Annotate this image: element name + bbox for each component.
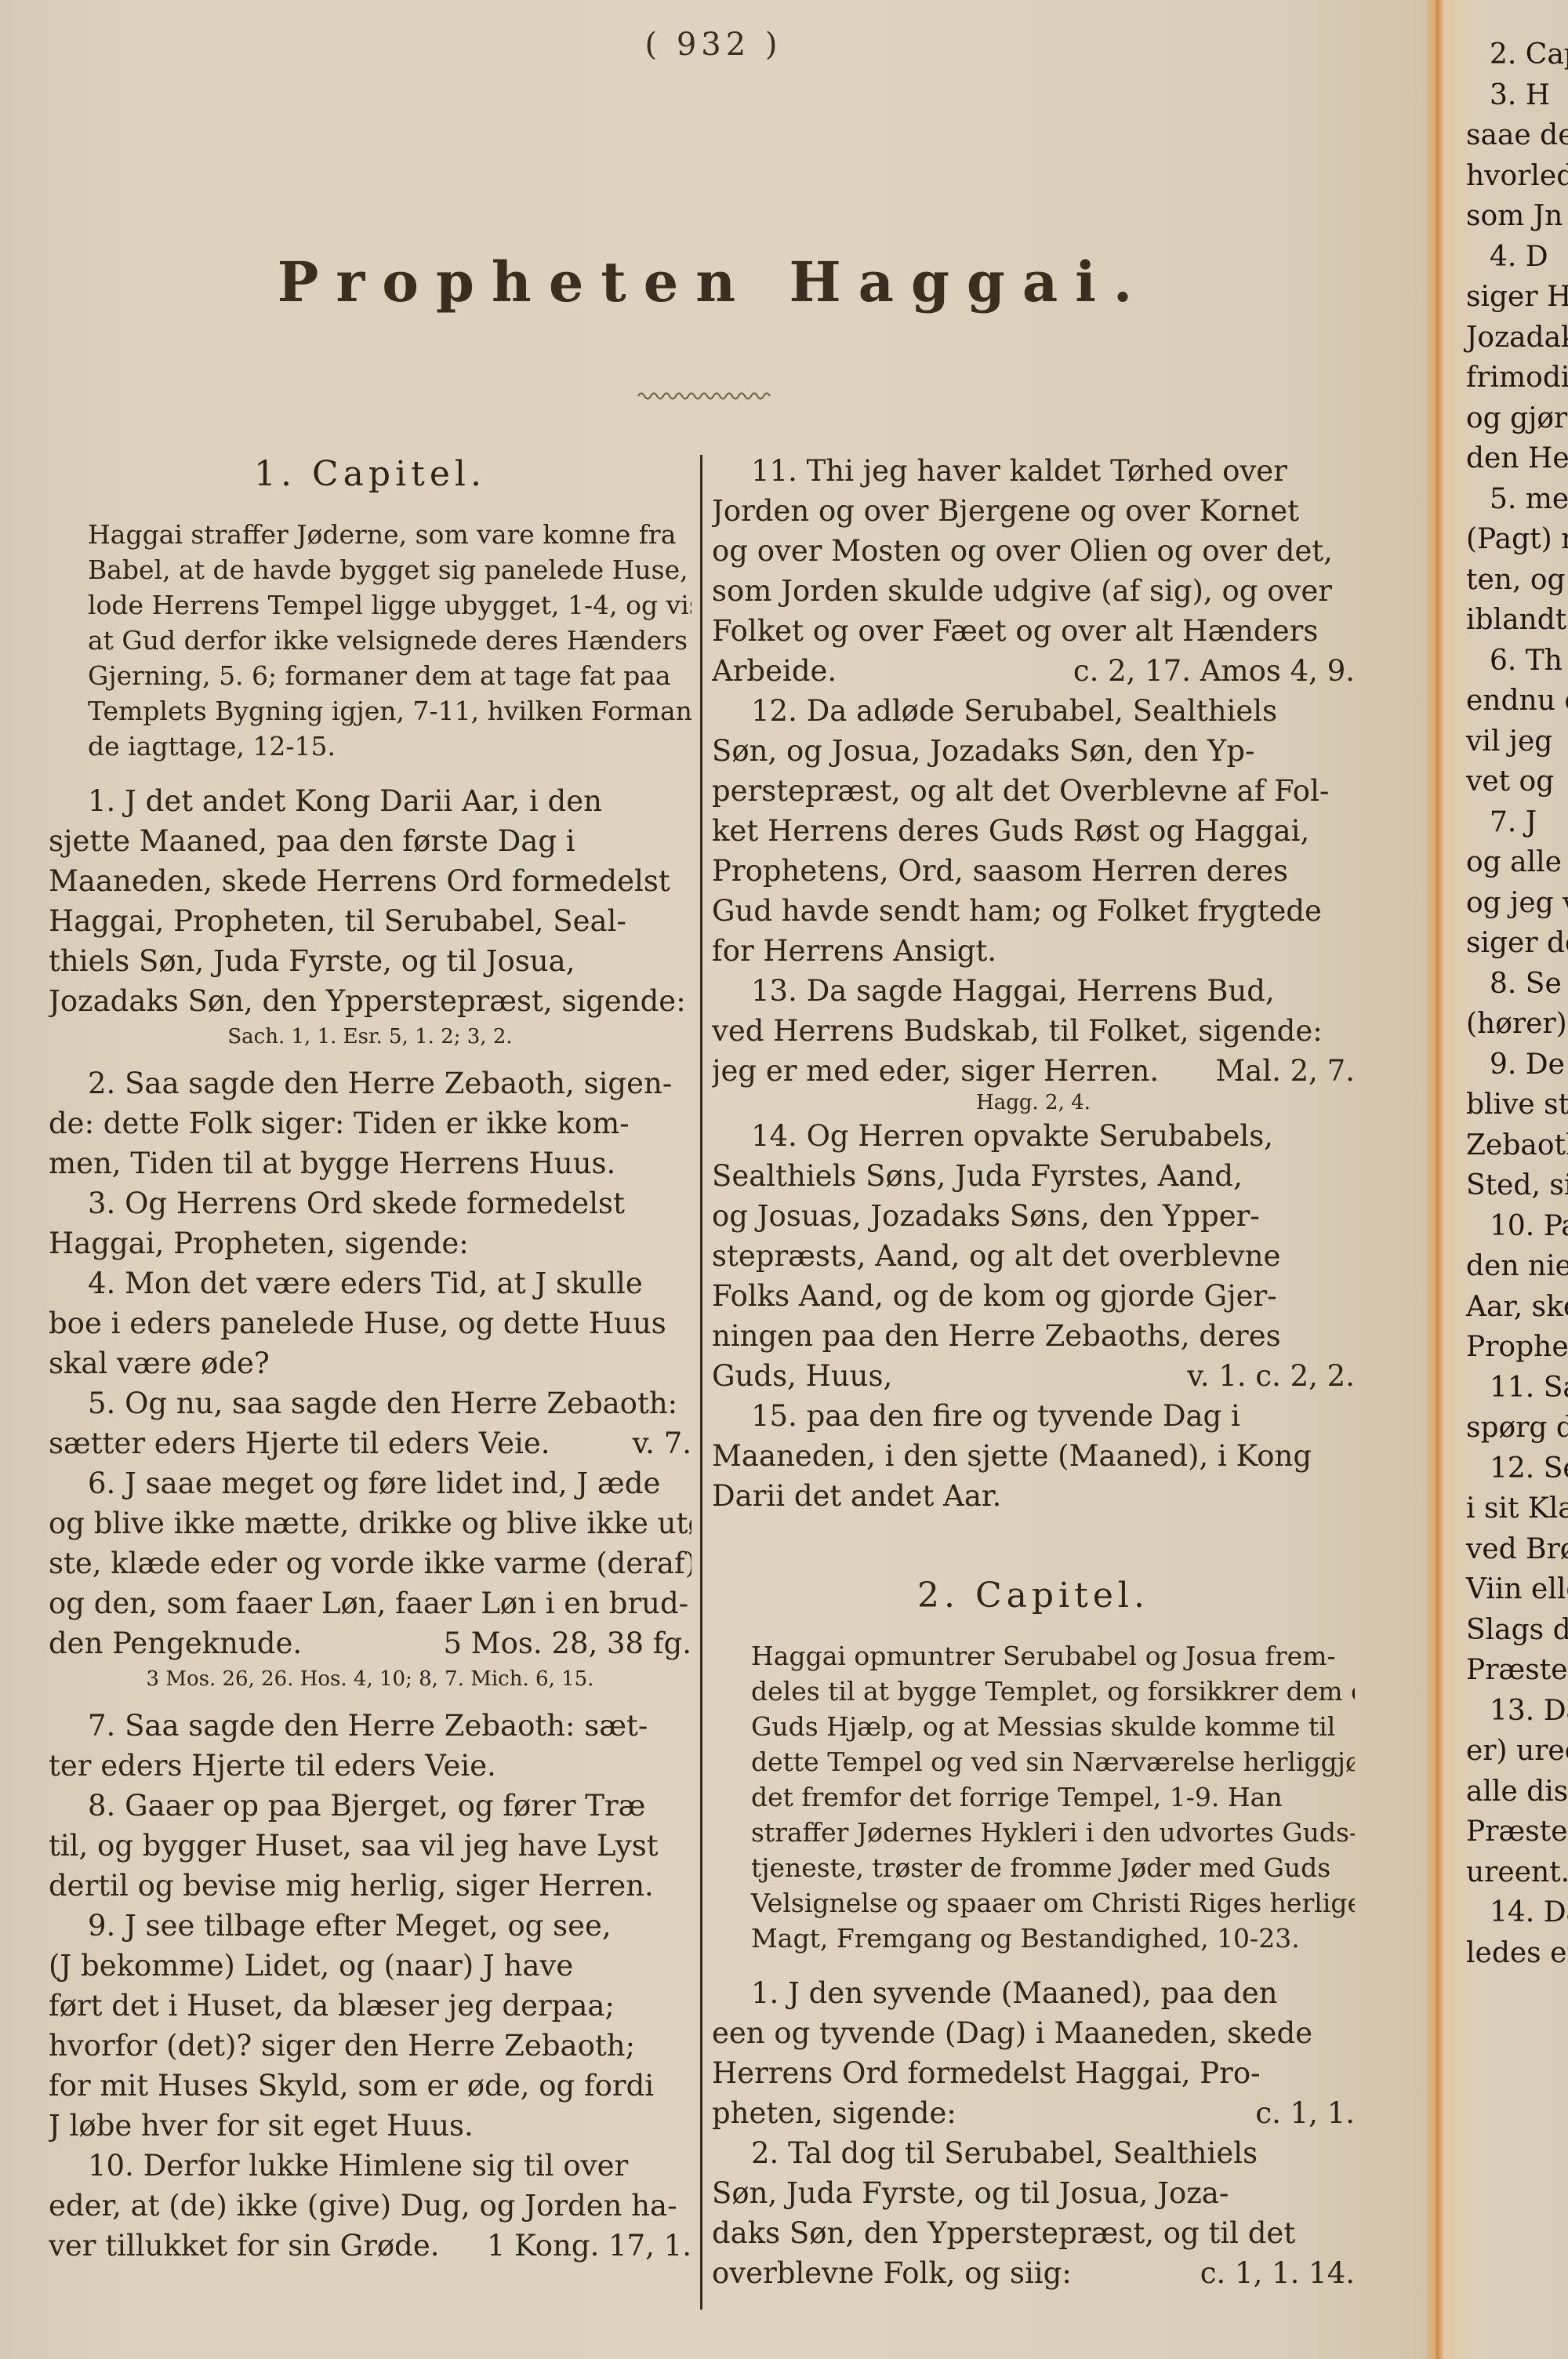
verse-reference: Mal. 2, 7. — [1215, 1051, 1355, 1091]
summary-line: Guds Hjælp, og at Messias skulde komme t… — [712, 1709, 1355, 1744]
verse-line: men, Tiden til at bygge Herrens Huus. — [49, 1143, 691, 1183]
book-gutter — [1427, 0, 1444, 2359]
verse-line: og den, som faaer Løn, faaer Løn i en br… — [49, 1583, 691, 1623]
verse-line: jeg er med eder, siger Herren.Mal. 2, 7. — [712, 1051, 1355, 1091]
verse-line: Herrens Ord formedelst Haggai, Pro- — [712, 2053, 1355, 2093]
verse-line: ningen paa den Herre Zebaoths, deres — [712, 1316, 1355, 1356]
right-column: 11. Thi jeg haver kaldet Tørhed over Jor… — [712, 451, 1355, 2293]
facing-page-line: hvorlede — [1466, 156, 1568, 197]
verse-line: ter eders Hjerte til eders Veie. — [49, 1746, 691, 1786]
verse-line: Prophetens, Ord, saasom Herren deres — [712, 851, 1355, 891]
verse-line: 15. paa den fire og tyvende Dag i — [712, 1396, 1355, 1436]
facing-page-line: 13. Da — [1466, 1691, 1568, 1732]
verse-line: 2. Saa sagde den Herre Zebaoth, sigen- — [49, 1063, 691, 1103]
facing-page-line: 8. Se — [1466, 964, 1568, 1005]
verse-reference: v. 7. — [633, 1423, 691, 1463]
facing-page-line: den nien — [1466, 1246, 1568, 1287]
facing-page-line: vil jeg — [1466, 722, 1568, 762]
verse-line: Søn, Juda Fyrste, og til Josua, Joza- — [712, 2173, 1355, 2213]
verse-text: Arbeide. — [712, 654, 837, 688]
summary-line: deles til at bygge Templet, og forsikkre… — [712, 1674, 1355, 1709]
verse-line: Gud havde sendt ham; og Folket frygtede — [712, 891, 1355, 931]
facing-page-line: Aar, sked — [1466, 1287, 1568, 1328]
summary-line: tjeneste, trøster de fromme Jøder med Gu… — [712, 1850, 1355, 1885]
facing-page-line: siger H — [1466, 277, 1568, 318]
facing-page-line: og alle — [1466, 842, 1568, 883]
chapter-summary: Haggai opmuntrer Serubabel og Josua frem… — [712, 1638, 1355, 1956]
summary-line: Velsignelse og spaaer om Christi Riges h… — [712, 1885, 1355, 1921]
summary-line: lode Herrens Tempel ligge ubygget, 1-4, … — [49, 587, 691, 623]
verse-line: Folks Aand, og de kom og gjorde Gjer- — [712, 1276, 1355, 1316]
book-page: ( 932 ) Propheten Haggai. 1. Capitel. Ha… — [0, 0, 1427, 2359]
verse-15: 15. paa den fire og tyvende Dag i Maaned… — [712, 1396, 1355, 1516]
summary-line: dette Tempel og ved sin Nærværelse herli… — [712, 1744, 1355, 1779]
verse-line: 11. Thi jeg haver kaldet Tørhed over — [712, 451, 1355, 491]
verse-line: ver tillukket for sin Grøde.1 Kong. 17, … — [49, 2226, 691, 2266]
facing-page: 2. Cap.3. Hsaae dethvorledesom Jn4. Dsig… — [1444, 0, 1568, 2359]
verse-1: 1. J det andet Kong Darii Aar, i den sje… — [49, 781, 691, 1021]
verse-11: 11. Thi jeg haver kaldet Tørhed over Jor… — [712, 451, 1355, 691]
verse-line: 1. J det andet Kong Darii Aar, i den — [49, 781, 691, 821]
verse-reference: c. 1, 1. 14. — [1200, 2253, 1355, 2293]
verse-line: 2. Tal dog til Serubabel, Sealthiels — [712, 2133, 1355, 2173]
facing-page-line: endnu e — [1466, 681, 1568, 722]
verse-line: hvorfor (det)? siger den Herre Zebaoth; — [49, 2026, 691, 2066]
wavy-rule-ornament — [637, 390, 771, 402]
summary-line: Gjerning, 5. 6; formaner dem at tage fat… — [49, 658, 691, 693]
verse-text: Guds, Huus, — [712, 1359, 892, 1393]
facing-page-line: (hører) m — [1466, 1004, 1568, 1045]
verse-line: for mit Huses Skyld, som er øde, og ford… — [49, 2066, 691, 2106]
verse-10: 10. Derfor lukke Himlene sig til over ed… — [49, 2146, 691, 2266]
verse-line: (J bekomme) Lidet, og (naar) J have — [49, 1946, 691, 1986]
facing-page-line: 12. Se — [1466, 1448, 1568, 1489]
verse-2: 2. Saa sagde den Herre Zebaoth, sigen- d… — [49, 1063, 691, 1183]
verse-line: som Jorden skulde udgive (af sig), og ov… — [712, 571, 1355, 611]
facing-page-line: 5. me — [1466, 479, 1568, 520]
summary-line: Haggai opmuntrer Serubabel og Josua frem… — [712, 1638, 1355, 1674]
summary-line: det fremfor det forrige Tempel, 1-9. Han — [712, 1779, 1355, 1815]
verse-line: Sealthiels Søns, Juda Fyrstes, Aand, — [712, 1156, 1355, 1196]
verse-line: sjette Maaned, paa den første Dag i — [49, 821, 691, 861]
verse-reference: c. 1, 1. — [1255, 2093, 1355, 2133]
facing-page-line: Jozadak — [1466, 318, 1568, 358]
verse-12: 12. Da adløde Serubabel, Sealthiels Søn,… — [712, 691, 1355, 971]
verse-line: eder, at (de) ikke (give) Dug, og Jorden… — [49, 2186, 691, 2226]
verse-line: 1. J den syvende (Maaned), paa den — [712, 1973, 1355, 2013]
facing-page-line: spørg dog — [1466, 1408, 1568, 1448]
verse-line: ført det i Huset, da blæser jeg derpaa; — [49, 1986, 691, 2026]
verse-line: Guds, Huus,v. 1. c. 2, 2. — [712, 1356, 1355, 1396]
facing-page-line: 11. Sa — [1466, 1368, 1568, 1408]
facing-page-line: blive størr — [1466, 1085, 1568, 1125]
facing-page-line: siger den — [1466, 923, 1568, 964]
facing-page-line: ledes er d — [1466, 1933, 1568, 1974]
facing-page-line: vet og — [1466, 761, 1568, 802]
verse-line: 9. J see tilbage efter Meget, og see, — [49, 1906, 691, 1946]
facing-page-line: er) ureen — [1466, 1731, 1568, 1772]
verse-line: ved Herrens Budskab, til Folket, sigende… — [712, 1011, 1355, 1051]
facing-page-line: Præsterne — [1466, 1650, 1568, 1691]
verse-line: 8. Gaaer op paa Bjerget, og fører Træ — [49, 1786, 691, 1826]
verse-line: Folket og over Fæet og over alt Hænders — [712, 611, 1355, 651]
verse-line: Darii det andet Aar. — [712, 1476, 1355, 1516]
facing-page-line: iblandt — [1466, 600, 1568, 641]
facing-page-line: 4. D — [1466, 237, 1568, 278]
verse-line: pheten, sigende:c. 1, 1. — [712, 2093, 1355, 2133]
verse-13: 13. Da sagde Haggai, Herrens Bud, ved He… — [712, 971, 1355, 1091]
verse-reference: c. 2, 17. Amos 4, 9. — [1073, 651, 1355, 691]
verse-line: de: dette Folk siger: Tiden er ikke kom- — [49, 1103, 691, 1143]
verse-text: pheten, sigende: — [712, 2096, 956, 2130]
verse-8: 8. Gaaer op paa Bjerget, og fører Træ ti… — [49, 1786, 691, 1906]
verse-line: Søn, og Josua, Jozadaks Søn, den Yp- — [712, 731, 1355, 771]
summary-line: at Gud derfor ikke velsignede deres Hænd… — [49, 623, 691, 658]
verse-3: 3. Og Herrens Ord skede formedelst Hagga… — [49, 1183, 691, 1263]
verse-line: Arbeide.c. 2, 17. Amos 4, 9. — [712, 651, 1355, 691]
facing-page-line: alle disse — [1466, 1772, 1568, 1812]
verse-line: boe i eders panelede Huse, og dette Huus — [49, 1303, 691, 1343]
verse-line: og over Mosten og over Olien og over det… — [712, 531, 1355, 571]
verse-text: sætter eders Hjerte til eders Veie. — [49, 1427, 550, 1460]
facing-page-line: Propheten — [1466, 1327, 1568, 1368]
page-number: ( 932 ) — [0, 27, 1427, 63]
verse-line: Haggai, Propheten, sigende: — [49, 1223, 691, 1263]
summary-line: de iagttage, 12-15. — [49, 729, 691, 764]
summary-line: straffer Jødernes Hykleri i den udvortes… — [712, 1815, 1355, 1850]
verse-line: for Herrens Ansigt. — [712, 931, 1355, 971]
verse-text: den Pengeknude. — [49, 1627, 302, 1660]
verse-line: ste, klæde eder og vorde ikke varme (der… — [49, 1543, 691, 1583]
verse-line: 3. Og Herrens Ord skede formedelst — [49, 1183, 691, 1223]
verse-line: 5. Og nu, saa sagde den Herre Zebaoth: — [49, 1383, 691, 1423]
verse-line: overblevne Folk, og siig:c. 1, 1. 14. — [712, 2253, 1355, 2293]
verse-line: Haggai, Propheten, til Serubabel, Seal- — [49, 901, 691, 941]
verse-line: Jozadaks Søn, den Ypperstepræst, sigende… — [49, 981, 691, 1021]
facing-page-line: 3. H — [1466, 75, 1568, 116]
verse-line: 6. J saae meget og føre lidet ind, J æde — [49, 1463, 691, 1503]
verse-line: 7. Saa sagde den Herre Zebaoth: sæt- — [49, 1706, 691, 1746]
facing-page-line: 2. Cap. — [1466, 35, 1568, 75]
summary-line: Magt, Fremgang og Bestandighed, 10-23. — [712, 1921, 1355, 1956]
facing-page-line: Zebaoth, — [1466, 1125, 1568, 1166]
facing-page-line: og gjøre — [1466, 398, 1568, 439]
verse-line: Maaneden, i den sjette (Maaned), i Kong — [712, 1436, 1355, 1476]
facing-page-line: 6. Th — [1466, 641, 1568, 682]
verse-6: 6. J saae meget og føre lidet ind, J æde… — [49, 1463, 691, 1663]
verse-5: 5. Og nu, saa sagde den Herre Zebaoth: s… — [49, 1383, 691, 1463]
verse-line: een og tyvende (Dag) i Maaneden, skede — [712, 2013, 1355, 2053]
cross-reference: 3 Mos. 26, 26. Hos. 4, 10; 8, 7. Mich. 6… — [49, 1663, 691, 1695]
verse-reference: 1 Kong. 17, 1. — [487, 2226, 691, 2266]
facing-page-line: Viin eller — [1466, 1569, 1568, 1610]
verse-4: 4. Mon det være eders Tid, at J skulle b… — [49, 1263, 691, 1383]
verse-line: 13. Da sagde Haggai, Herrens Bud, — [712, 971, 1355, 1011]
verse-line: stepræsts, Aand, og alt det overblevne — [712, 1236, 1355, 1276]
verse-9: 9. J see tilbage efter Meget, og see, (J… — [49, 1906, 691, 2146]
verse-line: Maaneden, skede Herrens Ord formedelst — [49, 861, 691, 901]
left-column: 1. Capitel. Haggai straffer Jøderne, som… — [49, 451, 691, 2266]
facing-page-line: ten, og — [1466, 560, 1568, 601]
verse-text: overblevne Folk, og siig: — [712, 2256, 1072, 2290]
chapter2-verse-1: 1. J den syvende (Maaned), paa den een o… — [712, 1973, 1355, 2133]
chapter2-verse-2: 2. Tal dog til Serubabel, Sealthiels Søn… — [712, 2133, 1355, 2293]
chapter-spacer — [712, 1516, 1355, 1572]
verse-14: 14. Og Herren opvakte Serubabels, Sealth… — [712, 1116, 1355, 1396]
verse-line: den Pengeknude.5 Mos. 28, 38 fg. — [49, 1623, 691, 1663]
verse-line: og Josuas, Jozadaks Søns, den Ypper- — [712, 1196, 1355, 1236]
summary-line: Babel, at de havde bygget sig panelede H… — [49, 552, 691, 587]
verse-line: daks Søn, den Ypperstepræst, og til det — [712, 2213, 1355, 2253]
facing-page-line: 7. J — [1466, 802, 1568, 843]
verse-line: thiels Søn, Juda Fyrste, og til Josua, — [49, 941, 691, 981]
verse-line: Jorden og over Bjergene og over Kornet — [712, 491, 1355, 531]
facing-page-line: ureent. — [1466, 1852, 1568, 1893]
chapter-heading: 2. Capitel. — [712, 1572, 1355, 1619]
verse-text: ver tillukket for sin Grøde. — [49, 2229, 440, 2263]
verse-line: til, og bygger Huset, saa vil jeg have L… — [49, 1826, 691, 1866]
facing-page-line: som Jn — [1466, 196, 1568, 237]
verse-reference: 5 Mos. 28, 38 fg. — [443, 1623, 691, 1663]
verse-text: jeg er med eder, siger Herren. — [712, 1054, 1159, 1088]
facing-page-line: Sted, sige — [1466, 1165, 1568, 1206]
verse-line: 14. Og Herren opvakte Serubabels, — [712, 1116, 1355, 1156]
facing-page-line: Slags det — [1466, 1610, 1568, 1651]
verse-line: 10. Derfor lukke Himlene sig til over — [49, 2146, 691, 2186]
verse-7: 7. Saa sagde den Herre Zebaoth: sæt- ter… — [49, 1706, 691, 1786]
verse-line: 4. Mon det være eders Tid, at J skulle — [49, 1263, 691, 1303]
chapter-summary: Haggai straffer Jøderne, som vare komne … — [49, 517, 691, 764]
facing-page-line: og jeg v — [1466, 883, 1568, 924]
verse-line: skal være øde? — [49, 1343, 691, 1383]
facing-page-line: 14. Da — [1466, 1892, 1568, 1933]
chapter-heading: 1. Capitel. — [49, 451, 691, 498]
verse-reference: v. 1. c. 2, 2. — [1187, 1356, 1355, 1396]
facing-page-line: (Pagt) n — [1466, 519, 1568, 560]
verse-line: sætter eders Hjerte til eders Veie.v. 7. — [49, 1423, 691, 1463]
verse-line: dertil og bevise mig herlig, siger Herre… — [49, 1866, 691, 1906]
summary-line: Templets Bygning igjen, 7-11, hvilken Fo… — [49, 693, 691, 729]
cross-reference: Sach. 1, 1. Esr. 5, 1. 2; 3, 2. — [49, 1021, 691, 1052]
verse-line: og blive ikke mætte, drikke og blive ikk… — [49, 1503, 691, 1543]
verse-line: 12. Da adløde Serubabel, Sealthiels — [712, 691, 1355, 731]
verse-line: J løbe hver for sit eget Huus. — [49, 2106, 691, 2146]
verse-line: perstepræst, og alt det Overblevne af Fo… — [712, 771, 1355, 811]
facing-page-line: frimodig — [1466, 358, 1568, 398]
book-title: Propheten Haggai. — [0, 249, 1427, 314]
column-divider — [700, 455, 702, 2310]
facing-page-line: i sit Klæde — [1466, 1488, 1568, 1529]
facing-page-text: 2. Cap.3. Hsaae dethvorledesom Jn4. Dsig… — [1466, 35, 1568, 1973]
verse-line: ket Herrens deres Guds Røst og Haggai, — [712, 811, 1355, 851]
facing-page-line: 9. De — [1466, 1045, 1568, 1085]
facing-page-line: 10. Pa — [1466, 1206, 1568, 1247]
facing-page-line: den Herr — [1466, 438, 1568, 479]
facing-page-line: ved Brød — [1466, 1529, 1568, 1570]
facing-page-line: Præsterne — [1466, 1812, 1568, 1852]
cross-reference: Hagg. 2, 4. — [712, 1091, 1355, 1114]
summary-line: Haggai straffer Jøderne, som vare komne … — [49, 517, 691, 552]
facing-page-line: saae det — [1466, 115, 1568, 156]
